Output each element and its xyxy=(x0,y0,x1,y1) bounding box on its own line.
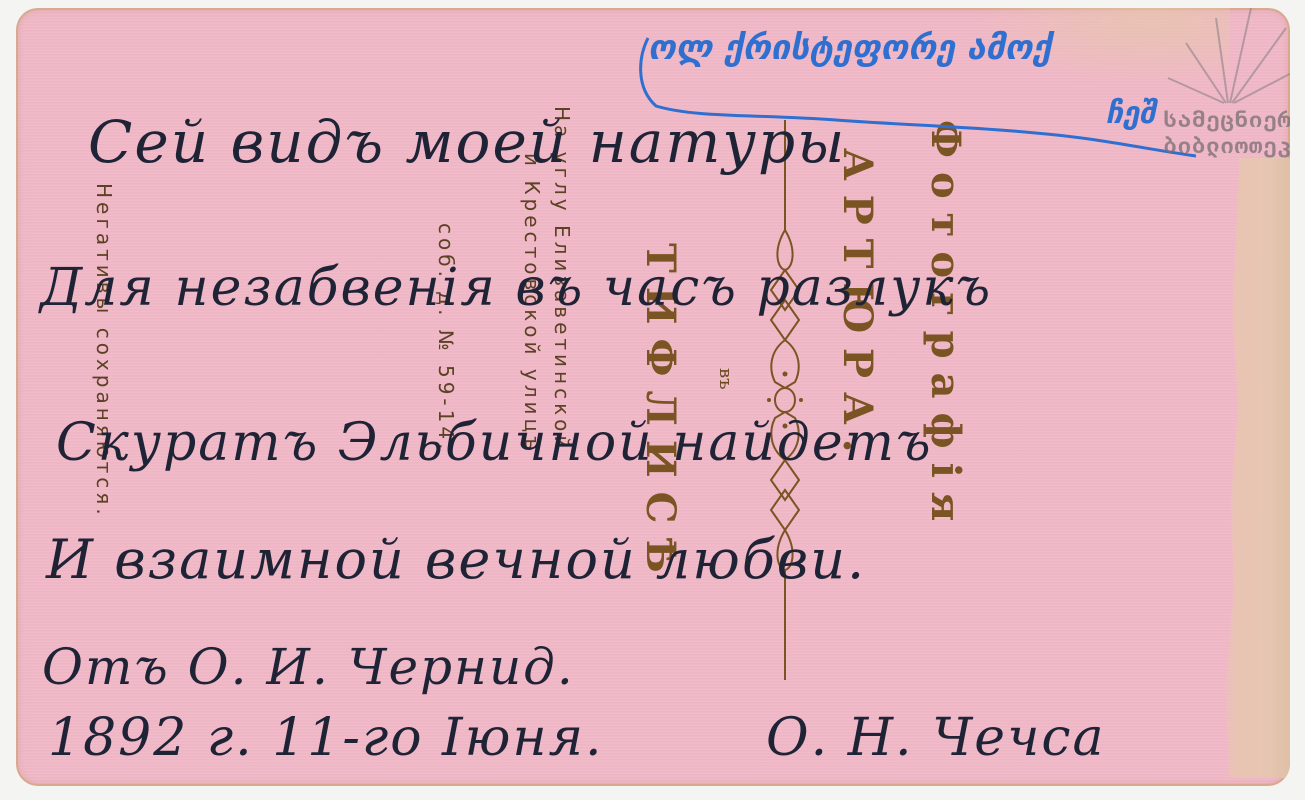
handwritten-line-4: И взаимной вечной любви. xyxy=(46,528,866,591)
preposition-text: въ xyxy=(715,368,736,390)
handwritten-signature: О. Н. Чечса xyxy=(766,708,1106,768)
archive-stamp-line-2: ბიბლიოთეკა xyxy=(1116,134,1290,160)
archive-stamp: სამეცნიერო ბიბლიოთეკა xyxy=(1116,108,1290,168)
blue-ink-annotation: ოლ ქრისტეფორე ამოქ xyxy=(648,28,1051,68)
archive-stamp-line-1: სამეცნიერო xyxy=(1116,108,1290,134)
studio-label: Фотографія xyxy=(922,120,969,535)
handwritten-line-2: Для незабвенія въ часъ разлукъ xyxy=(40,258,992,318)
torn-paper-edge xyxy=(1218,158,1290,778)
decorative-ornament-icon xyxy=(763,120,807,680)
embossed-stamp-emblem-icon xyxy=(1166,8,1290,108)
handwritten-line-3: Скуратъ Эльбичной найдетъ xyxy=(56,413,933,473)
handwritten-sender: Отъ О. И. Чернид. xyxy=(42,638,575,696)
photo-card-back: Фотографія АРТЮРА. въ ТИФЛИСѢ На углу Ел… xyxy=(16,8,1290,786)
handwritten-date: 1892 г. 11-го Іюня. xyxy=(48,708,604,768)
